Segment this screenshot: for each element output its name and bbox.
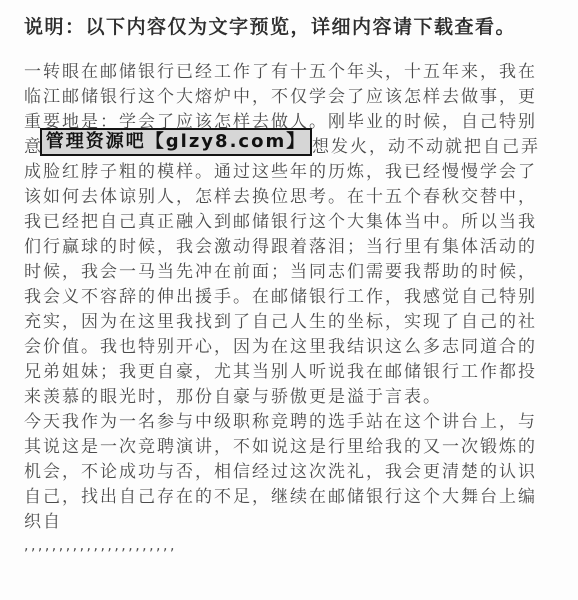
text-line: 临江邮储银行这个大熔炉中，不仅学会了应该怎样去做事，更	[24, 85, 554, 110]
document-preview-page: 说明：以下内容仅为文字预览，详细内容请下载查看。 一转眼在邮储银行已经工作了有十…	[0, 0, 578, 600]
text-line: 兄弟姐妹；我更自豪，尤其当别人听说我在邮储银行工作都投	[24, 360, 554, 385]
text-line: 充实，因为在这里我找到了自己人生的坐标，实现了自己的社	[24, 310, 554, 335]
text-line: 机会，不论成功与否，相信经过这次洗礼，我会更清楚的认识	[24, 460, 554, 485]
preview-notice: 说明：以下内容仅为文字预览，详细内容请下载查看。	[24, 14, 554, 40]
text-line: 自己，找出自己存在的不足，继续在邮储银行这个大舞台上编	[24, 485, 554, 510]
text-line: 来羡慕的眼光时，那份自豪与骄傲更是溢于言表。	[24, 385, 554, 410]
text-line: 时候，我会一马当先冲在前面；当同志们需要我帮助的时候，	[24, 260, 554, 285]
text-line: 成脸红脖子粗的模样。通过这些年的历炼，我已经慢慢学会了	[24, 160, 554, 185]
text-line: 该如何去体谅别人，怎样去换位思考。在十五个春秋交替中，	[24, 185, 554, 210]
text-line: 一转眼在邮储银行已经工作了有十五个年头，十五年来，我在	[24, 60, 554, 85]
truncation-dots: ,,,,,,,,,,,,,,,,,,,,,,	[24, 535, 554, 560]
text-line-with-watermark: 意想发火，动不动就把自己弄 管理资源吧【glzy8.com】	[24, 135, 554, 160]
text-line: 我会义不容辞的伸出援手。在邮储银行工作，我感觉自己特别	[24, 285, 554, 310]
document-body: 一转眼在邮储银行已经工作了有十五个年头，十五年来，我在 临江邮储银行这个大熔炉中…	[24, 60, 554, 560]
text-line: 我已经把自己真正融入到邮储银行这个大集体当中。所以当我	[24, 210, 554, 235]
text-line: 会价值。我也特别开心，因为在这里我结识这么多志同道合的	[24, 335, 554, 360]
text-line: 今天我作为一名参与中级职称竞聘的选手站在这个讲台上，与	[24, 410, 554, 435]
watermark-badge: 管理资源吧【glzy8.com】	[40, 128, 312, 156]
text-line: 织自	[24, 510, 554, 535]
text-line: 们行赢球的时候，我会激动得跟着落泪；当行里有集体活动的	[24, 235, 554, 260]
text-line: 其说这是一次竞聘演讲，不如说这是行里给我的又一次锻炼的	[24, 435, 554, 460]
watermark-line-suffix: 想发火，动不动就把自己弄	[312, 137, 540, 157]
